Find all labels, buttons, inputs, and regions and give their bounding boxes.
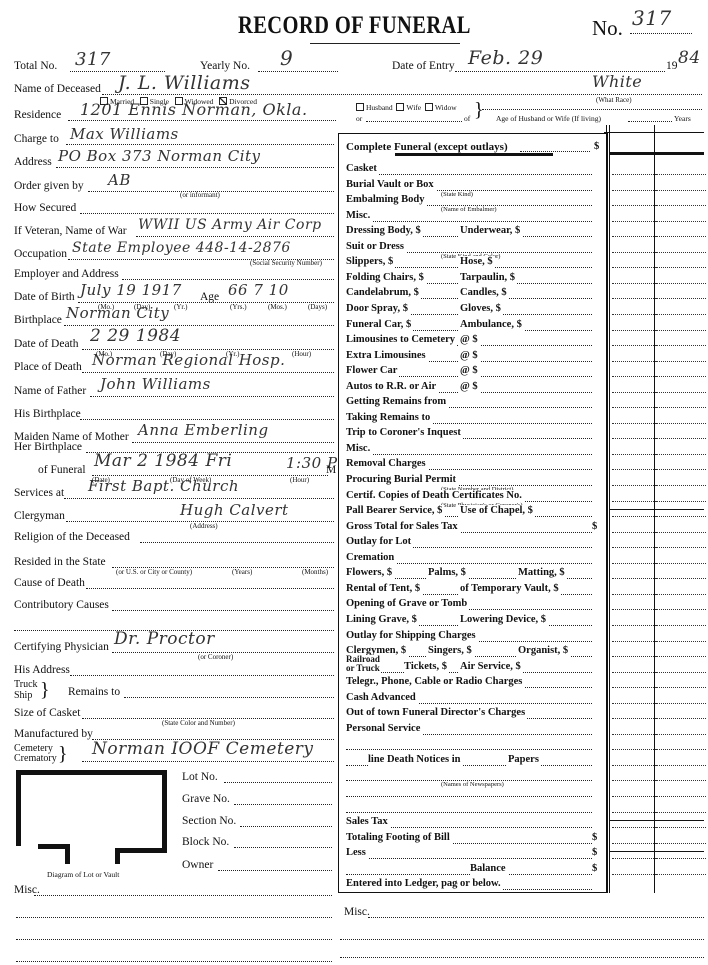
charge-row-label-2: Use of Chapel, $ bbox=[458, 505, 535, 517]
cents-amount-field[interactable] bbox=[656, 780, 706, 781]
charge-row-line bbox=[346, 454, 592, 455]
how-secured-label: How Secured bbox=[14, 202, 76, 215]
size-of-casket-caption: (State Color and Number) bbox=[162, 719, 235, 727]
dollar-amount-field[interactable] bbox=[612, 687, 656, 688]
religion-label: Religion of the Deceased bbox=[14, 531, 130, 544]
occupation-caption: (Social Security Number) bbox=[250, 259, 322, 267]
charge-row-label-2: Tarpaulin, $ bbox=[458, 272, 517, 284]
charge-row-label-2: Singers, $ bbox=[426, 645, 474, 657]
cents-amount-field[interactable] bbox=[656, 485, 706, 486]
cents-amount-field[interactable] bbox=[656, 532, 706, 533]
dollar-amount-field[interactable] bbox=[612, 532, 656, 533]
charge-row-label-3: Organist, $ bbox=[516, 645, 570, 657]
charge-row-label: Burial Vault or Box bbox=[346, 179, 436, 191]
age-spouse-suffix: Years bbox=[674, 115, 691, 123]
diagram-bottom-right-wall bbox=[115, 848, 167, 853]
cents-amount-field[interactable] bbox=[656, 516, 706, 517]
charge-row-label: Trip to Coroner's Inquest bbox=[346, 427, 463, 439]
charge-row-label: Funeral Car, $ bbox=[346, 319, 413, 331]
dollar-amount-field[interactable] bbox=[612, 190, 656, 191]
dollar-amount-field[interactable] bbox=[612, 609, 656, 610]
complete-funeral-underline bbox=[395, 153, 553, 156]
charge-row-label: Casket bbox=[346, 163, 379, 175]
dollar-amount-field[interactable] bbox=[612, 392, 656, 393]
charge-row-label: Personal Service bbox=[346, 723, 422, 735]
cents-amount-field[interactable] bbox=[656, 252, 706, 253]
charge-row-label-2: Lowering Device, $ bbox=[458, 614, 548, 626]
cents-amount-field[interactable] bbox=[656, 423, 706, 424]
dollar-amount-field[interactable] bbox=[612, 547, 656, 548]
residence-line bbox=[68, 120, 336, 121]
dollar-amount-field[interactable] bbox=[612, 843, 656, 844]
cents-amount-field[interactable] bbox=[656, 221, 706, 222]
charge-row-label: Suit or Dress bbox=[346, 241, 406, 253]
charge-row-label: Embalming Body bbox=[346, 194, 426, 206]
cents-amount-field[interactable] bbox=[656, 749, 706, 750]
title-underline bbox=[310, 43, 460, 44]
age-caption-yrs: (Yrs.) bbox=[230, 303, 247, 311]
manufactured-by-label: Manufactured by bbox=[14, 728, 93, 741]
charge-row-line bbox=[346, 796, 592, 797]
diagram-bottom-left-post bbox=[65, 844, 70, 864]
veteran-value[interactable]: WWII US Army Air Corp bbox=[138, 217, 322, 233]
dob-caption-yr: (Yr.) bbox=[174, 303, 187, 311]
charge-row-caption: (State Kind) bbox=[441, 191, 473, 199]
cents-amount-field[interactable] bbox=[656, 283, 706, 284]
amount-columns-top bbox=[604, 132, 704, 133]
misc-right-label: Misc. bbox=[344, 906, 370, 919]
misc-right-line-3 bbox=[340, 957, 704, 958]
cents-amount-field[interactable] bbox=[656, 547, 706, 548]
misc-left-line-3 bbox=[16, 939, 332, 940]
charge-row-label: Taking Remains to bbox=[346, 412, 432, 424]
dollar-amount-field[interactable] bbox=[612, 625, 656, 626]
charge-to-line bbox=[66, 144, 334, 145]
occupation-label: Occupation bbox=[14, 248, 67, 261]
cents-amount-field[interactable] bbox=[656, 874, 706, 875]
cents-amount-field[interactable] bbox=[656, 345, 706, 346]
charge-row-line bbox=[346, 874, 592, 875]
funeral-date-label: of Funeral bbox=[38, 464, 86, 477]
dod-caption-hour: (Hour) bbox=[292, 350, 311, 358]
clergyman-caption: (Address) bbox=[190, 522, 218, 530]
cemetery-value[interactable]: Norman IOOF Cemetery bbox=[92, 741, 314, 757]
cents-amount-field[interactable] bbox=[656, 205, 706, 206]
dollar-amount-field[interactable] bbox=[612, 718, 656, 719]
order-given-by-label: Order given by bbox=[14, 180, 84, 193]
spouse-bracket: } bbox=[474, 100, 484, 120]
cents-amount-field[interactable] bbox=[656, 609, 706, 610]
dollar-amount-field[interactable] bbox=[612, 703, 656, 704]
charge-row-label: Totaling Footing of Bill bbox=[346, 832, 452, 844]
race-value[interactable]: White bbox=[592, 74, 642, 90]
age-value[interactable]: 66 7 10 bbox=[228, 282, 289, 298]
his-address-line bbox=[70, 675, 334, 676]
charge-row-line bbox=[346, 749, 592, 750]
veteran-label: If Veteran, Name of War bbox=[14, 225, 127, 238]
dollar-column-divider bbox=[606, 125, 607, 893]
cents-amount-field[interactable] bbox=[656, 376, 706, 377]
cents-amount-field[interactable] bbox=[656, 298, 706, 299]
yearly-no-value[interactable]: 9 bbox=[280, 50, 293, 66]
date-of-entry-value[interactable]: Feb. 29 bbox=[468, 50, 543, 66]
certifying-physician-caption: (or Coroner) bbox=[198, 653, 233, 661]
services-at-value[interactable]: First Bapt. Church bbox=[88, 478, 239, 494]
dollar-amount-field[interactable] bbox=[612, 298, 656, 299]
order-given-by-value[interactable]: AB bbox=[108, 172, 131, 188]
spouse-name-line bbox=[482, 109, 702, 110]
date-of-entry-year-value[interactable]: 84 bbox=[678, 50, 701, 66]
block-no-label: Block No. bbox=[182, 836, 229, 849]
charge-row-caption: (Names of Newspapers) bbox=[441, 781, 504, 789]
cents-amount-field[interactable] bbox=[656, 190, 706, 191]
name-of-father-label: Name of Father bbox=[14, 385, 86, 398]
maiden-name-value[interactable]: Anna Emberling bbox=[138, 422, 269, 438]
dollar-amount-field[interactable] bbox=[612, 469, 656, 470]
remains-bracket: } bbox=[40, 680, 50, 700]
contributory-line bbox=[112, 610, 334, 611]
record-number-value[interactable]: 317 bbox=[632, 10, 672, 26]
total-no-value[interactable]: 317 bbox=[75, 52, 111, 68]
dollar-amount-field[interactable] bbox=[612, 796, 656, 797]
charge-row-label: Dressing Body, $ bbox=[346, 225, 423, 237]
occupation-value[interactable]: State Employee 448-14-2876 bbox=[72, 240, 291, 256]
charge-row-label: Limousines to Cemetery bbox=[346, 334, 457, 346]
certifying-physician-label: Certifying Physician bbox=[14, 641, 109, 654]
cents-amount-field[interactable] bbox=[656, 672, 706, 673]
dollar-amount-field[interactable] bbox=[612, 221, 656, 222]
checkbox-husband[interactable] bbox=[356, 103, 364, 111]
resided-label: Resided in the State bbox=[14, 556, 106, 569]
date-of-death-label: Date of Death bbox=[14, 338, 79, 351]
name-of-father-value[interactable]: John Williams bbox=[100, 376, 211, 392]
name-of-deceased-value[interactable]: J. L. Williams bbox=[118, 75, 251, 91]
dollar-amount-field[interactable] bbox=[612, 780, 656, 781]
diagram-bottom-right-post bbox=[115, 848, 120, 864]
dollar-amount-field[interactable] bbox=[612, 330, 656, 331]
cents-amount-field[interactable] bbox=[656, 501, 706, 502]
charge-row-label: Cremation bbox=[346, 552, 396, 564]
charge-row-label-2: Air Service, $ bbox=[458, 661, 523, 673]
charge-row-label-2: or below. bbox=[458, 878, 503, 890]
date-of-birth-label: Date of Birth bbox=[14, 291, 75, 304]
charge-row-label: Flowers, $ bbox=[346, 567, 394, 579]
charge-row-label: line Death Notices in bbox=[368, 754, 462, 766]
birthplace-label: Birthplace bbox=[14, 314, 62, 327]
charge-row-label-2: @ $ bbox=[458, 381, 480, 393]
dollar-amount-field[interactable] bbox=[612, 314, 656, 315]
charge-row-label: Less bbox=[346, 847, 368, 859]
his-birthplace-label: His Birthplace bbox=[14, 408, 81, 421]
place-of-death-value[interactable]: Norman Regional Hosp. bbox=[92, 352, 285, 368]
charge-row-dollar: $ bbox=[592, 521, 597, 533]
dollar-amount-field[interactable] bbox=[612, 361, 656, 362]
owner-line bbox=[218, 870, 332, 871]
cents-amount-field[interactable] bbox=[656, 734, 706, 735]
veteran-line bbox=[136, 236, 334, 237]
dollar-amount-field[interactable] bbox=[612, 454, 656, 455]
ship-label: Ship bbox=[14, 691, 32, 701]
cents-amount-field[interactable] bbox=[656, 843, 706, 844]
dollar-amount-field[interactable] bbox=[612, 501, 656, 502]
dollar-amount-field[interactable] bbox=[612, 283, 656, 284]
dollar-amount-field[interactable] bbox=[612, 578, 656, 579]
diagram-top-wall bbox=[16, 770, 167, 775]
age-caption-mos: (Mos.) bbox=[268, 303, 287, 311]
address-line bbox=[56, 167, 334, 168]
spouse-line bbox=[366, 121, 462, 122]
misc-right-line-1 bbox=[368, 917, 704, 918]
cemetery-line bbox=[82, 761, 334, 762]
charge-row-label: Folding Chairs, $ bbox=[346, 272, 426, 284]
cents-amount-field[interactable] bbox=[656, 174, 706, 175]
dollar-amount-field[interactable] bbox=[612, 594, 656, 595]
charge-row-label: Rental of Tent, $ bbox=[346, 583, 422, 595]
cents-amount-field[interactable] bbox=[656, 765, 706, 766]
dollar-amount-field[interactable] bbox=[612, 205, 656, 206]
cents-amount-field[interactable] bbox=[656, 687, 706, 688]
services-at-line bbox=[64, 498, 334, 499]
charge-row-label-2: Papers bbox=[506, 754, 541, 766]
charge-row-label: Misc. bbox=[346, 443, 372, 455]
misc-left-line-4 bbox=[16, 961, 332, 962]
cents-amount-field[interactable] bbox=[656, 812, 706, 813]
dollar-amount-field[interactable] bbox=[612, 734, 656, 735]
truck-label: Truck bbox=[14, 680, 38, 690]
birthplace-value[interactable]: Norman City bbox=[66, 305, 169, 321]
charge-row-label: Autos to R.R. or Air bbox=[346, 381, 438, 393]
cents-amount-field[interactable] bbox=[656, 330, 706, 331]
funeral-caption-hour: (Hour) bbox=[290, 476, 309, 484]
cents-amount-field[interactable] bbox=[656, 641, 706, 642]
cents-amount-field[interactable] bbox=[656, 578, 706, 579]
cents-amount-field[interactable] bbox=[656, 625, 706, 626]
spouse-of: of bbox=[464, 115, 470, 123]
charge-row-label-2: Hose, $ bbox=[458, 256, 495, 268]
record-number-label: No. bbox=[592, 16, 623, 41]
amount-columns-heavy-rule bbox=[610, 152, 704, 155]
charge-row-line bbox=[346, 221, 592, 222]
address-value[interactable]: PO Box 373 Norman City bbox=[58, 148, 261, 164]
dollar-amount-field[interactable] bbox=[612, 516, 656, 517]
clergyman-value[interactable]: Hugh Calvert bbox=[180, 502, 289, 518]
dollar-amount-field[interactable] bbox=[612, 376, 656, 377]
lot-no-label: Lot No. bbox=[182, 771, 218, 784]
complete-funeral-dollar: $ bbox=[594, 141, 599, 153]
diagram-caption: Diagram of Lot or Vault bbox=[47, 871, 119, 879]
cents-amount-field[interactable] bbox=[656, 796, 706, 797]
charge-row-label-b: or Truck bbox=[346, 664, 380, 673]
dollar-amount-field[interactable] bbox=[612, 656, 656, 657]
charge-row-label-2: Candles, $ bbox=[458, 287, 509, 299]
diagram-right-wall bbox=[162, 770, 167, 853]
dollar-amount-field[interactable] bbox=[612, 267, 656, 268]
dollar-amount-field[interactable] bbox=[612, 765, 656, 766]
race-caption: (What Race) bbox=[596, 96, 632, 104]
charge-row-label: Outlay for Lot bbox=[346, 536, 413, 548]
cemetery-bracket: } bbox=[58, 744, 68, 764]
misc-right-line-2 bbox=[340, 939, 704, 940]
charge-row-label-2: of Temporary Vault, $ bbox=[458, 583, 561, 595]
cents-amount-field[interactable] bbox=[656, 392, 706, 393]
charge-row-label: Telegr., Phone, Cable or Radio Charges bbox=[346, 676, 524, 688]
charge-row-label: Lining Grave, $ bbox=[346, 614, 419, 626]
cents-amount-field[interactable] bbox=[656, 718, 706, 719]
employer-label: Employer and Address bbox=[14, 268, 119, 281]
dollar-amount-field[interactable] bbox=[612, 641, 656, 642]
dollar-amount-field[interactable] bbox=[612, 858, 656, 859]
charge-row-label-2: Underwear, $ bbox=[458, 225, 522, 237]
charge-row-label-2: Gloves, $ bbox=[458, 303, 503, 315]
charge-to-value[interactable]: Max Williams bbox=[70, 126, 179, 142]
charge-row-label-2: Ambulance, $ bbox=[458, 319, 524, 331]
dollar-amount-field[interactable] bbox=[612, 236, 656, 237]
charge-row-label: Candelabrum, $ bbox=[346, 287, 421, 299]
crematory-label: Crematory bbox=[14, 754, 57, 764]
cents-amount-field[interactable] bbox=[656, 656, 706, 657]
page-title: RECORD OF FUNERAL bbox=[238, 12, 471, 40]
dollar-amount-field[interactable] bbox=[612, 438, 656, 439]
cents-amount-field[interactable] bbox=[656, 236, 706, 237]
cents-amount-field[interactable] bbox=[656, 858, 706, 859]
cents-amount-field[interactable] bbox=[656, 594, 706, 595]
dollar-amount-field[interactable] bbox=[612, 812, 656, 813]
age-spouse-label: Age of Husband or Wife (If living) bbox=[496, 115, 601, 123]
religion-line bbox=[140, 542, 334, 543]
charge-row-label: Misc. bbox=[346, 210, 372, 222]
certifying-physician-value[interactable]: Dr. Proctor bbox=[114, 631, 215, 647]
residence-value[interactable]: 1201 Ennis Norman, Okla. bbox=[80, 102, 308, 118]
date-of-birth-value[interactable]: July 19 1917 bbox=[80, 282, 182, 298]
dollar-amount-field[interactable] bbox=[612, 563, 656, 564]
resided-caption-place: (or U.S. or City or County) bbox=[116, 568, 192, 576]
charge-row-label: Outlay for Shipping Charges bbox=[346, 630, 478, 642]
services-at-label: Services at bbox=[14, 487, 64, 500]
cents-amount-field[interactable] bbox=[656, 563, 706, 564]
charge-row-caption: (Name of Embalmer) bbox=[441, 206, 497, 214]
address-label: Address bbox=[14, 156, 52, 169]
charge-row-dollar: $ bbox=[592, 847, 597, 859]
place-of-death-label: Place of Death bbox=[14, 361, 82, 374]
block-no-line bbox=[234, 847, 332, 848]
cents-amount-field[interactable] bbox=[656, 827, 706, 828]
contributory-label: Contributory Causes bbox=[14, 599, 109, 612]
remains-to-line bbox=[124, 697, 334, 698]
how-secured-line bbox=[80, 213, 334, 214]
date-of-entry-label: Date of Entry bbox=[392, 60, 455, 73]
record-number-line bbox=[630, 33, 692, 34]
section-no-label: Section No. bbox=[182, 815, 236, 828]
checkbox-wife[interactable] bbox=[396, 103, 404, 111]
grave-no-label: Grave No. bbox=[182, 793, 230, 806]
charge-row-label: Flower Car bbox=[346, 365, 399, 377]
his-birthplace-line bbox=[80, 419, 334, 420]
employer-line bbox=[122, 279, 334, 280]
charge-row-label: Certif. Copies of Death Certificates No. bbox=[346, 490, 524, 502]
date-of-entry-year-prefix: 19 bbox=[666, 60, 678, 73]
complete-funeral-line bbox=[520, 151, 590, 152]
less-rule bbox=[610, 851, 704, 852]
charge-row-label-2: @ $ bbox=[458, 365, 480, 377]
charge-row-label: Cash Advanced bbox=[346, 692, 418, 704]
misc-left-line-1 bbox=[34, 895, 332, 896]
charge-row-label: Pall Bearer Service, $ bbox=[346, 505, 444, 517]
dollar-amount-field[interactable] bbox=[612, 345, 656, 346]
cents-amount-field[interactable] bbox=[656, 703, 706, 704]
cents-amount-field[interactable] bbox=[656, 267, 706, 268]
cause-of-death-label: Cause of Death bbox=[14, 577, 85, 590]
dollar-amount-field[interactable] bbox=[612, 407, 656, 408]
dollar-amount-field[interactable] bbox=[612, 252, 656, 253]
dollar-amount-field[interactable] bbox=[612, 827, 656, 828]
charge-row-label-3: Matting, $ bbox=[516, 567, 567, 579]
charge-row-line bbox=[346, 174, 592, 175]
charge-row-label: Getting Remains from bbox=[346, 396, 448, 408]
charge-to-label: Charge to bbox=[14, 133, 59, 146]
checkbox-widow[interactable] bbox=[425, 103, 433, 111]
funeral-date-value[interactable]: Mar 2 1984 Fri bbox=[94, 453, 232, 469]
complete-funeral-label: Complete Funeral (except outlays) bbox=[346, 141, 508, 153]
cents-amount-field[interactable] bbox=[656, 438, 706, 439]
maiden-name-line bbox=[132, 442, 334, 443]
dollar-amount-field[interactable] bbox=[612, 874, 656, 875]
misc-left-line-2 bbox=[16, 917, 332, 918]
charge-row-label: Gross Total for Sales Tax bbox=[346, 521, 460, 533]
clergyman-label: Clergyman bbox=[14, 510, 65, 523]
name-of-father-line bbox=[90, 396, 334, 397]
cause-of-death-line bbox=[86, 588, 334, 589]
charge-row-label-2: @ $ bbox=[458, 350, 480, 362]
age-label: Age bbox=[200, 291, 219, 304]
charge-row-label: Opening of Grave or Tomb bbox=[346, 598, 469, 610]
charge-row-label: Out of town Funeral Director's Charges bbox=[346, 707, 527, 719]
dollar-amount-field[interactable] bbox=[612, 485, 656, 486]
dollar-amount-field[interactable] bbox=[612, 174, 656, 175]
charge-row-label: Extra Limousines bbox=[346, 350, 428, 362]
age-caption-days: (Days) bbox=[308, 303, 327, 311]
date-of-death-value[interactable]: 2 29 1984 bbox=[90, 328, 181, 344]
cents-amount-field[interactable] bbox=[656, 454, 706, 455]
cents-amount-field[interactable] bbox=[656, 361, 706, 362]
remains-to-label: Remains to bbox=[68, 686, 120, 699]
charge-row-label: Removal Charges bbox=[346, 458, 428, 470]
spouse-options: Husband Wife Widow bbox=[356, 103, 457, 112]
charge-row-dollar: $ bbox=[592, 863, 597, 875]
dollar-amount-field[interactable] bbox=[612, 749, 656, 750]
name-of-deceased-line bbox=[102, 94, 702, 95]
spouse-or: or bbox=[356, 115, 362, 123]
cents-amount-field[interactable] bbox=[656, 314, 706, 315]
charge-row-label: Balance bbox=[470, 863, 508, 875]
dollar-amount-field[interactable] bbox=[612, 672, 656, 673]
diagram-left-wall bbox=[16, 770, 21, 846]
section-no-line bbox=[240, 826, 332, 827]
lot-no-line bbox=[224, 782, 332, 783]
cents-amount-field[interactable] bbox=[656, 469, 706, 470]
dollar-amount-field[interactable] bbox=[612, 423, 656, 424]
charge-row-label-2: Palms, $ bbox=[426, 567, 468, 579]
total-no-label: Total No. bbox=[14, 60, 57, 73]
place-of-death-line bbox=[82, 372, 334, 373]
order-given-by-caption: (or informant) bbox=[180, 191, 220, 199]
charge-row-dollar: $ bbox=[592, 832, 597, 844]
his-address-label: His Address bbox=[14, 664, 70, 677]
charge-row-label: Slippers, $ bbox=[346, 256, 395, 268]
grave-no-line bbox=[234, 804, 332, 805]
charge-row-line bbox=[346, 812, 592, 813]
yearly-no-line bbox=[258, 71, 338, 72]
cents-amount-field[interactable] bbox=[656, 407, 706, 408]
